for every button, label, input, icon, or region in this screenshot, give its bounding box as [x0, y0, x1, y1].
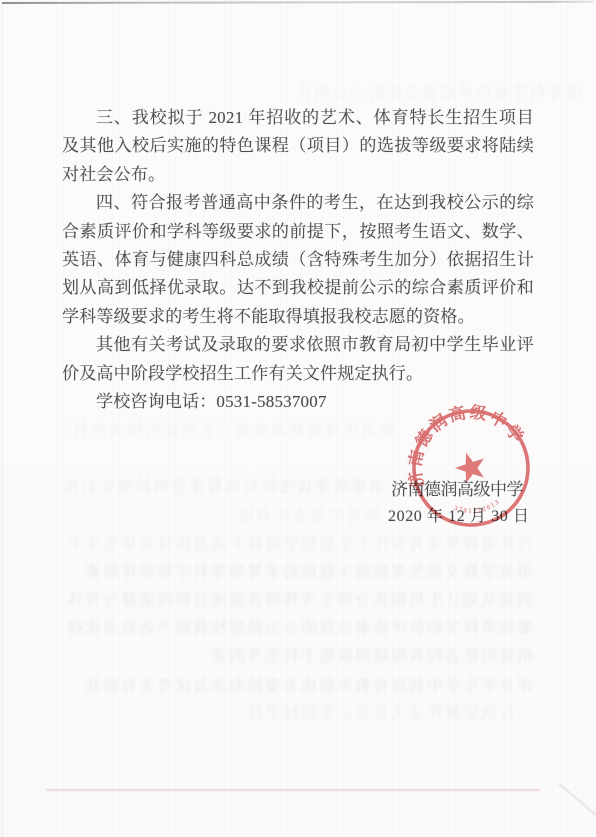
paragraph-other-requirements: 其他有关考试及录取的要求依照市教育局初中学生毕业评价及高中阶段学校招生工作有关文… [62, 331, 534, 388]
document-body: 三、我校拟于 2021 年招收的艺术、体育特长生招生项目及其他入校后实施的特色课… [62, 104, 534, 416]
svg-text:3701222013: 3701222013 [451, 490, 503, 522]
bleedthrough-line: 求要级等拔选的目项程课色特的施实后校 [65, 477, 385, 499]
bleedthrough-line: 格资的愿志校我报填得取能不将生考的求 [63, 646, 533, 668]
bleedthrough-line: 要级等科学和价评质素合综的示公前提校我到不达取录优择 [63, 618, 533, 640]
bleedthrough-line: 评业毕生学中初局育教市照依求要的取录及试考关有他其 [63, 676, 533, 698]
svg-text:济南德润高级中学: 济南德润高级中学 [391, 388, 534, 492]
scan-edge-top-line [2, 1, 594, 4]
bleedthrough-line: 格资的愿志校我报填 [238, 506, 380, 528]
scan-edge-left-line [2, 6, 3, 837]
bleedthrough-line: 到高从划计生招据依分加生考殊特含绩成总科四康健与育体 [63, 590, 533, 612]
paragraph-3-art-sports-programs: 三、我校拟于 2021 年招收的艺术、体育特长生招生项目及其他入校后实施的特色课… [62, 104, 534, 189]
official-seal-stamp: 济南德润高级中学 3701222013 [391, 388, 551, 548]
scan-artifact-pink-line [46, 789, 540, 791]
seal-arc-text: 济南德润高级中学 [391, 388, 534, 492]
paragraph-4-admission-rules: 四、符合报考普通高中条件的考生，在达到我校公示的综合素质评价和学科等级要求的前提… [62, 189, 534, 331]
scanned-document-page: 级等科学和价评质素合综的示公校我到达在生 取录优择低到高从划计生招据依绩成总科四… [0, 0, 596, 837]
seal-star-icon [452, 448, 490, 485]
bleedthrough-line: 行执定规件文关有作工生招校学段阶 [250, 703, 515, 725]
bleedthrough-line: 语英学数文语生考照按下提前的求要级等科学和价评质素 [63, 562, 533, 584]
bleedthrough-line: 级等科学和价评质素合综的示公校我到达在生 [300, 83, 582, 105]
scan-artifact-scratch [558, 783, 596, 815]
seal-serial-code: 3701222013 [451, 490, 503, 522]
bleedthrough-line: 取录优择低到高从划计生招据依绩成总科四康健 [65, 421, 395, 443]
